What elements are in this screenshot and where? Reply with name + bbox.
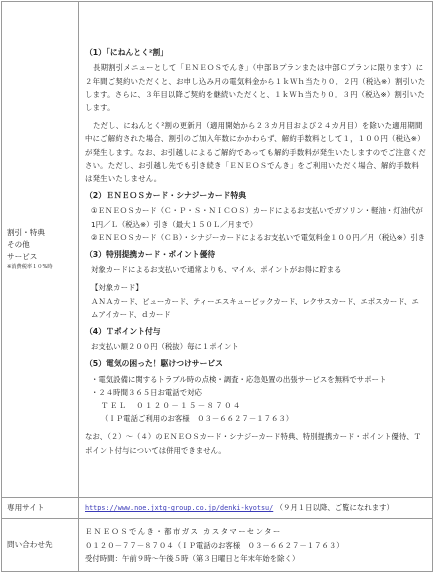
website-note: （９月１日以降、ご覧になれます） (276, 503, 394, 512)
section-3-title: （3）特別提携カード・ポイント優待 (85, 248, 426, 261)
contact-cell: ＥＮＥＯＳでんき・都市ガス カスタマーセンター ０１２０－７７－８７０４（ＩＰ電… (79, 519, 433, 572)
section-2-title: （2）ＥＮＥＯＳカード・シナジーカード特典 (85, 189, 426, 202)
table-row-benefits: 割引・特典 その他 サービス ※消費税率１０%時 （1）「にねんとく²割」 長期… (2, 2, 433, 498)
website-link[interactable]: https://www.noe.jxtg-group.co.jp/denki-k… (85, 504, 273, 512)
benefits-content-cell: （1）「にねんとく²割」 長期割引メニューとして「ＥＮＥＯＳでんき」（中部Ｂプラ… (79, 2, 433, 498)
section-5-title: （5）電気の困った！駆けつけサービス (85, 357, 426, 370)
section-5-bullet-2: ・２４時間３６５日お電話で対応 (85, 386, 426, 399)
section-1-paragraph-2: ただし、にねんとく²割の更新月（適用開始から２３カ月目および２４カ月目）を除いた… (85, 119, 426, 185)
benefits-label-cell: 割引・特典 その他 サービス ※消費税率１０%時 (2, 2, 79, 498)
section-5-ip-tel: （ＩＰ電話ご利用のお客様 ０３－６６２７－１７６３） (85, 412, 426, 425)
section-2-item-2: ②ＥＮＥＯＳカード（ＣＢ）・シナジーカードによるお支払いで電気料金１００円／月（… (85, 231, 426, 244)
section-4-title: （4）Ｔポイント付与 (85, 325, 426, 338)
benefits-label-2: その他 (7, 239, 78, 251)
table-row-website: 専用サイト https://www.noe.jxtg-group.co.jp/d… (2, 498, 433, 519)
website-cell: https://www.noe.jxtg-group.co.jp/denki-k… (79, 498, 433, 519)
benefits-label-1: 割引・特典 (7, 227, 78, 239)
section-1-title: （1）「にねんとく²割」 (85, 46, 426, 59)
section-5-bullet-1: ・電気設備に関するトラブル時の点検・調査・応急処置の出張サービスを無料でサポート (85, 373, 426, 386)
section-5-tel: ＴＥＬ ０１２０－１５－８７０４ (85, 399, 426, 412)
target-cards-list: ＡＮＡカード、ビューカード、ティーエスキュービックカード、レクサスカード、エポス… (85, 295, 426, 321)
section-1-paragraph-1: 長期割引メニューとして「ＥＮＥＯＳでんき」（中部Ｂプランまたは中部Ｃプランに限り… (85, 61, 426, 114)
service-info-table: 割引・特典 その他 サービス ※消費税率１０%時 （1）「にねんとく²割」 長期… (1, 1, 433, 572)
contact-hours: 受付時間：午前９時～午後５時（第３日曜日と年末年始を除く） (85, 552, 426, 565)
section-2-item-1: ①ＥＮＥＯＳカード（Ｃ・Ｐ・Ｓ・ＮＩＣＯＳ）カードによるお支払いでガソリン・軽油… (85, 204, 426, 230)
tax-note: ※消費税率１０%時 (7, 263, 78, 272)
contact-center-name: ＥＮＥＯＳでんき・都市ガス カスタマーセンター (85, 525, 426, 538)
combination-note: なお、（２）～（４）のＥＮＥＯＳカード・シナジーカード特典、特別提携カード・ポイ… (85, 430, 426, 456)
benefits-label-3: サービス (7, 251, 78, 263)
contact-label: 問い合わせ先 (2, 519, 79, 572)
contact-phone: ０１２０－７７－８７０４（ＩＰ電話のお客様 ０３－６６２７－１７６３） (85, 539, 426, 552)
website-label: 専用サイト (2, 498, 79, 519)
table-row-contact: 問い合わせ先 ＥＮＥＯＳでんき・都市ガス カスタマーセンター ０１２０－７７－８… (2, 519, 433, 572)
section-4-text: お支払い額２００円（税抜）毎に１ポイント (85, 340, 426, 353)
section-3-text: 対象カードによるお支払いで通常よりも、マイル、ポイントがお得に貯まる (85, 263, 426, 276)
target-cards-label: 【対象カード】 (85, 281, 426, 294)
